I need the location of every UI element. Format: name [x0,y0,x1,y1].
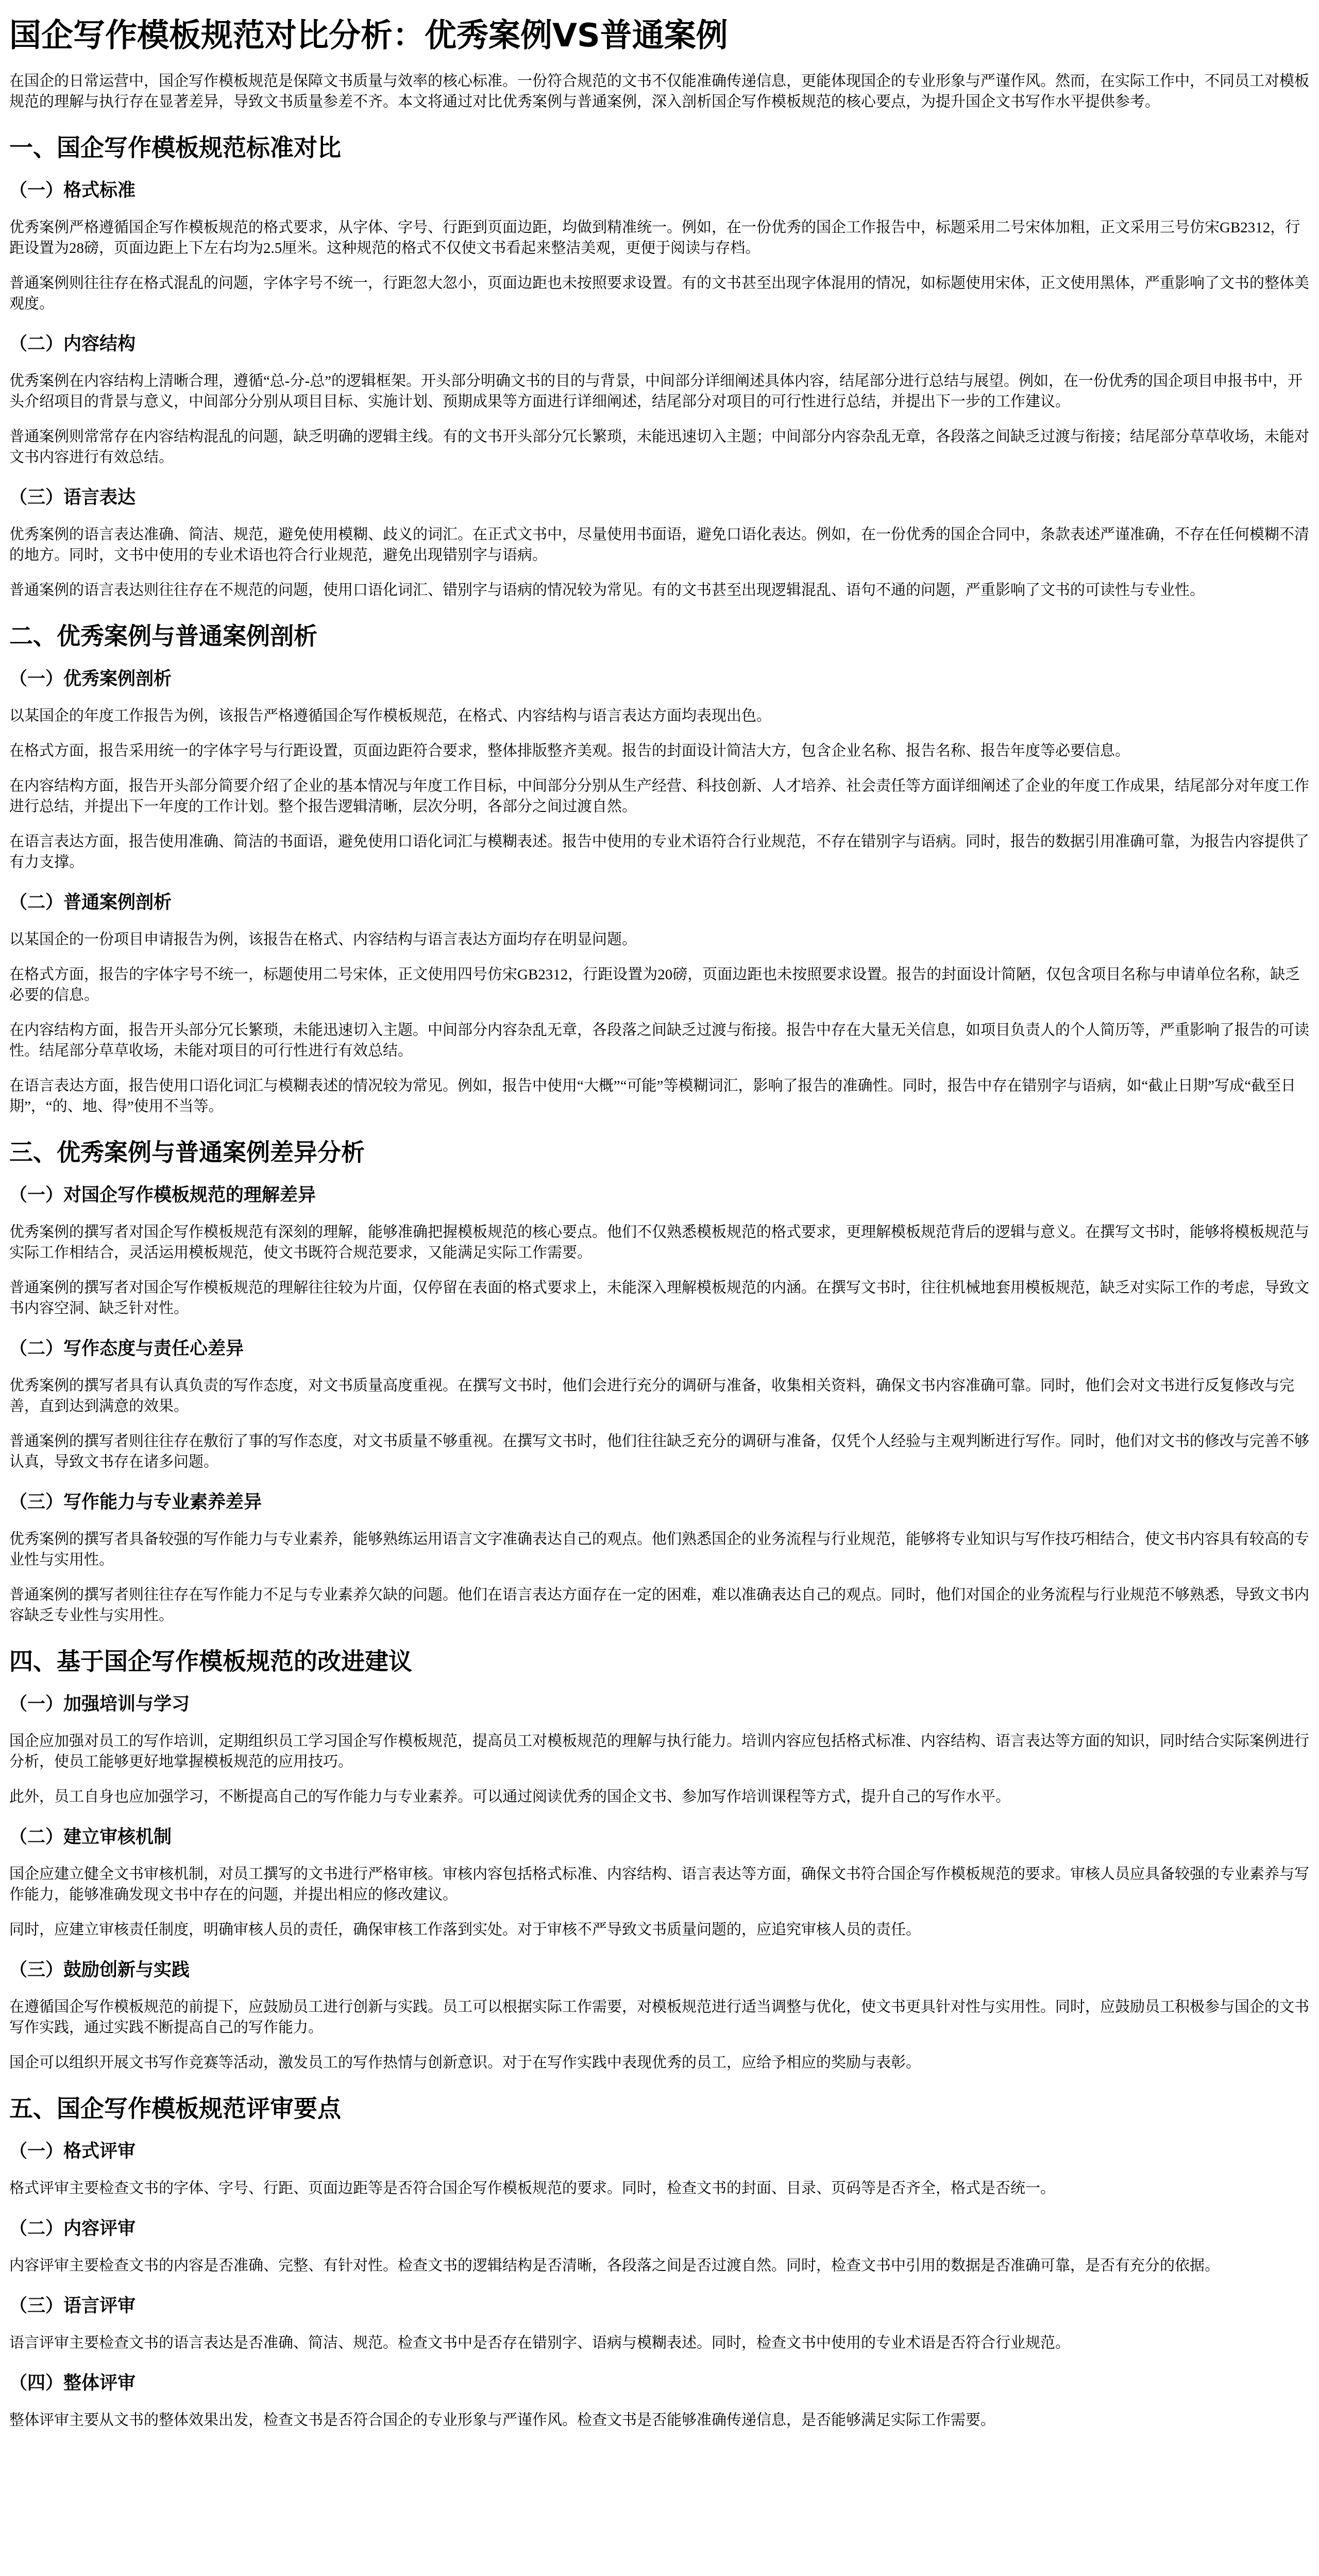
paragraph: 优秀案例的撰写者对国企写作模板规范有深刻的理解，能够准确把握模板规范的核心要点。… [9,1222,1310,1263]
paragraph: 在遵循国企写作模板规范的前提下，应鼓励员工进行创新与实践。员工可以根据实际工作需… [9,1997,1310,2038]
subsection-heading: （一）格式标准 [9,179,1310,202]
paragraph: 优秀案例的撰写者具有认真负责的写作态度，对文书质量高度重视。在撰写文书时，他们会… [9,1376,1310,1417]
paragraph: 普通案例的撰写者则往往存在敷衍了事的写作态度，对文书质量不够重视。在撰写文书时，… [9,1431,1310,1472]
paragraph: 以某国企的一份项目申请报告为例，该报告在格式、内容结构与语言表达方面均存在明显问… [9,929,1310,950]
paragraph: 在语言表达方面，报告使用口语化词汇与模糊表述的情况较为常见。例如，报告中使用“大… [9,1076,1310,1117]
section-heading: 二、优秀案例与普通案例剖析 [9,621,1310,650]
subsection-heading: （二）建立审核机制 [9,1826,1310,1849]
section-heading: 四、基于国企写作模板规范的改进建议 [9,1647,1310,1675]
subsection-heading: （三）语言表达 [9,486,1310,509]
paragraph: 优秀案例在内容结构上清晰合理，遵循“总-分-总”的逻辑框架。开头部分明确文书的目… [9,371,1310,412]
paragraph: 优秀案例的撰写者具备较强的写作能力与专业素养，能够熟练运用语言文字准确表达自己的… [9,1529,1310,1570]
paragraph: 优秀案例的语言表达准确、简洁、规范，避免使用模糊、歧义的词汇。在正式文书中，尽量… [9,524,1310,566]
subsection-heading: （四）整体评审 [9,2372,1310,2395]
paragraph: 国企可以组织开展文书写作竞赛等活动，激发员工的写作热情与创新意识。对于在写作实践… [9,2053,1310,2073]
section-heading: 一、国企写作模板规范标准对比 [9,133,1310,162]
paragraph: 在内容结构方面，报告开头部分简要介绍了企业的基本情况与年度工作目标，中间部分分别… [9,776,1310,817]
paragraph: 整体评审主要从文书的整体效果出发，检查文书是否符合国企的专业形象与严谨作风。检查… [9,2410,1310,2431]
paragraph: 格式评审主要检查文书的字体、字号、行距、页面边距等是否符合国企写作模板规范的要求… [9,2178,1310,2199]
paragraph: 同时，应建立审核责任制度，明确审核人员的责任，确保审核工作落到实处。对于审核不严… [9,1920,1310,1940]
subsection-heading: （二）内容结构 [9,333,1310,355]
page-title: 国企写作模板规范对比分析：优秀案例VS普通案例 [9,15,1310,56]
intro-paragraph: 在国企的日常运营中，国企写作模板规范是保障文书质量与效率的核心标准。一份符合规范… [9,71,1310,112]
paragraph: 普通案例的撰写者则往往存在写作能力不足与专业素养欠缺的问题。他们在语言表达方面存… [9,1585,1310,1626]
paragraph: 优秀案例严格遵循国企写作模板规范的格式要求，从字体、字号、行距到页面边距，均做到… [9,217,1310,259]
document: 国企写作模板规范对比分析：优秀案例VS普通案例 在国企的日常运营中，国企写作模板… [0,0,1319,2431]
subsection-heading: （一）优秀案例剖析 [9,668,1310,690]
paragraph: 在语言表达方面，报告使用准确、简洁的书面语，避免使用口语化词汇与模糊表述。报告中… [9,832,1310,873]
paragraph: 在内容结构方面，报告开头部分冗长繁琐，未能迅速切入主题。中间部分内容杂乱无章，各… [9,1020,1310,1061]
paragraph: 普通案例则往往存在格式混乱的问题，字体字号不统一，行距忽大忽小，页面边距也未按照… [9,273,1310,314]
paragraph: 国企应加强对员工的写作培训，定期组织员工学习国企写作模板规范，提高员工对模板规范… [9,1731,1310,1772]
paragraph: 此外，员工自身也应加强学习，不断提高自己的写作能力与专业素养。可以通过阅读优秀的… [9,1787,1310,1807]
subsection-heading: （二）普通案例剖析 [9,891,1310,914]
paragraph: 在格式方面，报告采用统一的字体字号与行距设置，页面边距符合要求，整体排版整齐美观… [9,741,1310,761]
paragraph: 国企应建立健全文书审核机制，对员工撰写的文书进行严格审核。审核内容包括格式标准、… [9,1864,1310,1905]
subsection-heading: （一）格式评审 [9,2140,1310,2163]
paragraph: 以某国企的年度工作报告为例，该报告严格遵循国企写作模板规范，在格式、内容结构与语… [9,706,1310,726]
subsection-heading: （一）对国企写作模板规范的理解差异 [9,1184,1310,1207]
section-heading: 三、优秀案例与普通案例差异分析 [9,1138,1310,1166]
section-heading: 五、国企写作模板规范评审要点 [9,2094,1310,2123]
subsection-heading: （三）语言评审 [9,2295,1310,2317]
paragraph: 普通案例的撰写者对国企写作模板规范的理解往往较为片面，仅停留在表面的格式要求上，… [9,1278,1310,1319]
subsection-heading: （一）加强培训与学习 [9,1693,1310,1716]
subsection-heading: （三）写作能力与专业素养差异 [9,1491,1310,1514]
paragraph: 普通案例则常常存在内容结构混乱的问题，缺乏明确的逻辑主线。有的文书开头部分冗长繁… [9,427,1310,468]
paragraph: 普通案例的语言表达则往往存在不规范的问题，使用口语化词汇、错别字与语病的情况较为… [9,580,1310,601]
subsection-heading: （二）写作态度与责任心差异 [9,1337,1310,1360]
subsection-heading: （三）鼓励创新与实践 [9,1959,1310,1981]
subsection-heading: （二）内容评审 [9,2217,1310,2240]
paragraph: 在格式方面，报告的字体字号不统一，标题使用二号宋体，正文使用四号仿宋GB2312… [9,964,1310,1006]
paragraph: 语言评审主要检查文书的语言表达是否准确、简洁、规范。检查文书中是否存在错别字、语… [9,2333,1310,2353]
paragraph: 内容评审主要检查文书的内容是否准确、完整、有针对性。检查文书的逻辑结构是否清晰，… [9,2256,1310,2276]
